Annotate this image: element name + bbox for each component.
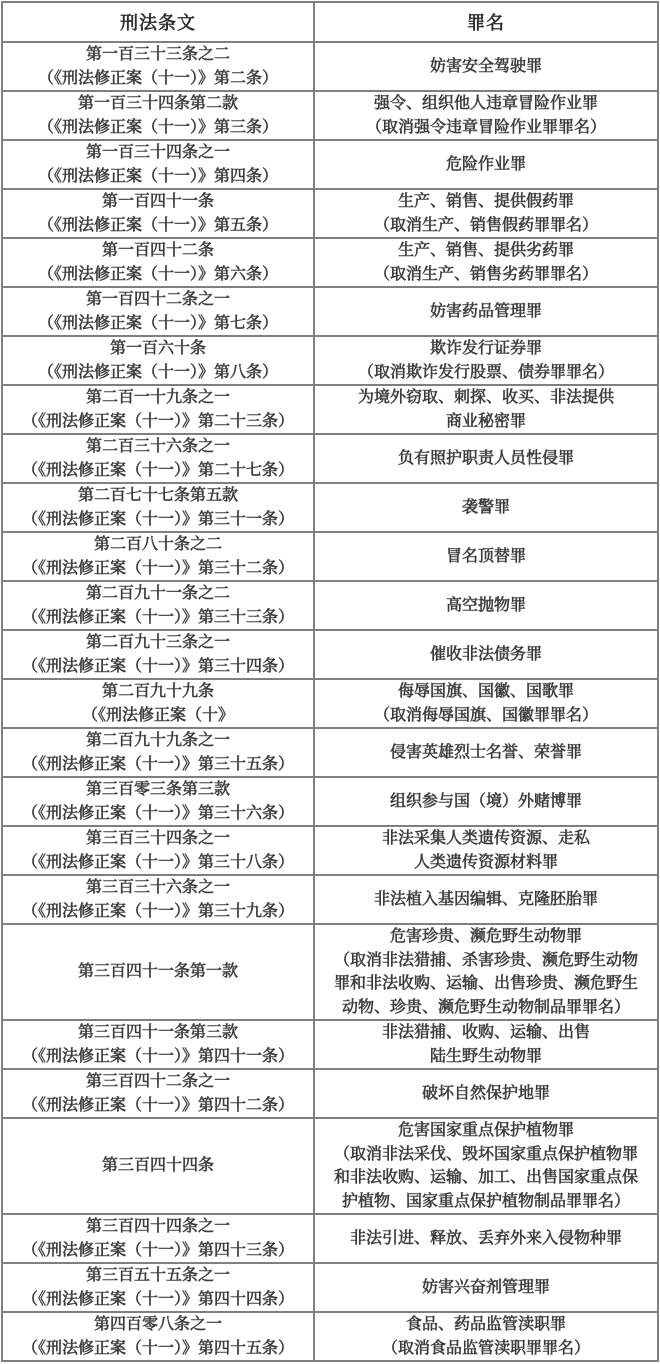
- article-cell: 第一百六十条（《刑法修正案（十一）》第八条）: [2, 336, 314, 385]
- crime-cell: 强令、组织他人违章冒险作业罪（取消强令违章冒险作业罪罪名）: [314, 91, 658, 140]
- crime-cell: 侮辱国旗、国徽、国歌罪（取消侮辱国旗、国徽罪罪名）: [314, 679, 658, 728]
- cell-text-line: 第三百四十二条之一: [3, 1070, 313, 1094]
- cell-text-line: （《刑法修正案（十一）》第四十四条）: [3, 1288, 313, 1312]
- crime-cell: 非法猎捕、收购、运输、出售陆生野生动物罪: [314, 1020, 658, 1069]
- cell-text-line: （取消强令违章冒险作业罪罪名）: [315, 116, 657, 140]
- article-cell: 第二百九十九条（《刑法修正案（十》: [2, 679, 314, 728]
- cell-text-line: 第二百一十九条之一: [3, 386, 313, 410]
- cell-text-line: （《刑法修正案（十一）》第三十六条）: [3, 802, 313, 826]
- criminal-law-amendment-table: 刑法条文 罪名 第一百三十三条之二（《刑法修正案（十一）》第二条）妨害安全驾驶罪…: [1, 1, 659, 1362]
- cell-text-line: 高空抛物罪: [315, 594, 657, 618]
- cell-text-line: 商业秘密罪: [315, 410, 657, 434]
- table-row: 第三百四十二条之一（《刑法修正案（十一）》第四十二条）破坏自然保护地罪: [2, 1069, 658, 1118]
- article-cell: 第三百四十四条: [2, 1118, 314, 1214]
- article-cell: 第一百四十二条之一（《刑法修正案（十一）》第七条）: [2, 287, 314, 336]
- cell-text-line: （取消非法采伐、毁坏国家重点保护植物罪: [315, 1143, 657, 1167]
- cell-text-line: （《刑法修正案（十一）》第三十一条）: [3, 508, 313, 532]
- cell-text-line: （《刑法修正案（十一）》第四十五条）: [3, 1337, 313, 1361]
- table-row: 第二百九十九条之一（《刑法修正案（十一）》第三十五条）侵害英雄烈士名誉、荣誉罪: [2, 728, 658, 777]
- cell-text-line: （《刑法修正案（十一）》第三十九条）: [3, 900, 313, 924]
- cell-text-line: 第三百四十一条第三款: [3, 1021, 313, 1045]
- cell-text-line: 罪和非法收购、运输、出售珍贵、濒危野生: [315, 972, 657, 996]
- cell-text-line: 第三百五十五条之一: [3, 1264, 313, 1288]
- crime-cell: 妨害药品管理罪: [314, 287, 658, 336]
- crime-cell: 破坏自然保护地罪: [314, 1069, 658, 1118]
- cell-text-line: 生产、销售、提供劣药罪: [315, 239, 657, 263]
- crime-cell: 危害国家重点保护植物罪（取消非法采伐、毁坏国家重点保护植物罪和非法收购、运输、加…: [314, 1118, 658, 1214]
- document-page: 刑法条文 罪名 第一百三十三条之二（《刑法修正案（十一）》第二条）妨害安全驾驶罪…: [0, 0, 660, 1364]
- article-cell: 第三百四十一条第三款（《刑法修正案（十一）》第四十一条）: [2, 1020, 314, 1069]
- article-cell: 第一百四十一条（《刑法修正案（十一）》第五条）: [2, 189, 314, 238]
- table-row: 第二百九十三条之一（《刑法修正案（十一）》第三十四条）催收非法债务罪: [2, 630, 658, 679]
- cell-text-line: （《刑法修正案（十一）》第四条）: [3, 165, 313, 189]
- crime-cell: 组织参与国（境）外赌博罪: [314, 777, 658, 826]
- article-cell: 第三百四十二条之一（《刑法修正案（十一）》第四十二条）: [2, 1069, 314, 1118]
- cell-text-line: （《刑法修正案（十一）》第五条）: [3, 214, 313, 238]
- cell-text-line: 侵害英雄烈士名誉、荣誉罪: [315, 741, 657, 765]
- article-cell: 第三百四十一条第一款: [2, 924, 314, 1020]
- cell-text-line: 人类遗传资源材料罪: [315, 851, 657, 875]
- table-row: 第一百三十四条第二款（《刑法修正案（十一）》第三条）强令、组织他人违章冒险作业罪…: [2, 91, 658, 140]
- table-row: 第四百零八条之一（《刑法修正案（十一）》第四十五条）食品、药品监管渎职罪（取消食…: [2, 1312, 658, 1361]
- crime-cell: 负有照护职责人员性侵罪: [314, 434, 658, 483]
- article-cell: 第三百三十四条之一（《刑法修正案（十一）》第三十八条）: [2, 826, 314, 875]
- article-cell: 第二百八十条之二（《刑法修正案（十一）》第三十二条）: [2, 532, 314, 581]
- crime-cell: 非法采集人类遗传资源、走私人类遗传资源材料罪: [314, 826, 658, 875]
- cell-text-line: （《刑法修正案（十一）》第三十八条）: [3, 851, 313, 875]
- cell-text-line: 袭警罪: [315, 496, 657, 520]
- cell-text-line: 妨害兴奋剂管理罪: [315, 1276, 657, 1300]
- cell-text-line: 第四百零八条之一: [3, 1313, 313, 1337]
- crime-cell: 非法引进、释放、丢弃外来入侵物种罪: [314, 1214, 658, 1263]
- article-cell: 第二百三十六条之一（《刑法修正案（十一）》第二十七条）: [2, 434, 314, 483]
- cell-text-line: （《刑法修正案（十一）》第三条）: [3, 116, 313, 140]
- header-row: 刑法条文 罪名: [2, 2, 658, 42]
- article-cell: 第二百七十七条第五款（《刑法修正案（十一）》第三十一条）: [2, 483, 314, 532]
- crime-cell: 妨害兴奋剂管理罪: [314, 1263, 658, 1312]
- crime-cell: 食品、药品监管渎职罪（取消食品监管渎职罪罪名）: [314, 1312, 658, 1361]
- cell-text-line: 第一百三十四条之一: [3, 141, 313, 165]
- crime-cell: 侵害英雄烈士名誉、荣誉罪: [314, 728, 658, 777]
- cell-text-line: 非法植入基因编辑、克隆胚胎罪: [315, 888, 657, 912]
- cell-text-line: 第一百四十二条: [3, 239, 313, 263]
- cell-text-line: 冒名顶替罪: [315, 545, 657, 569]
- cell-text-line: 危害国家重点保护植物罪: [315, 1119, 657, 1143]
- cell-text-line: 第一百三十三条之二: [3, 43, 313, 67]
- cell-text-line: 妨害安全驾驶罪: [315, 55, 657, 79]
- cell-text-line: 第三百零三条第三款: [3, 778, 313, 802]
- table-row: 第一百三十四条之一（《刑法修正案（十一）》第四条）危险作业罪: [2, 140, 658, 189]
- cell-text-line: （《刑法修正案（十一）》第七条）: [3, 312, 313, 336]
- cell-text-line: 生产、销售、提供假药罪: [315, 190, 657, 214]
- table-row: 第三百四十四条危害国家重点保护植物罪（取消非法采伐、毁坏国家重点保护植物罪和非法…: [2, 1118, 658, 1214]
- article-cell: 第三百五十五条之一（《刑法修正案（十一）》第四十四条）: [2, 1263, 314, 1312]
- cell-text-line: （《刑法修正案（十一）》第四十一条）: [3, 1045, 313, 1069]
- cell-text-line: 陆生野生动物罪: [315, 1045, 657, 1069]
- article-cell: 第二百一十九条之一（《刑法修正案（十一）》第二十三条）: [2, 385, 314, 434]
- cell-text-line: 第二百九十三条之一: [3, 631, 313, 655]
- cell-text-line: （《刑法修正案（十》: [3, 704, 313, 728]
- article-cell: 第一百三十三条之二（《刑法修正案（十一）》第二条）: [2, 42, 314, 91]
- crime-cell: 非法植入基因编辑、克隆胚胎罪: [314, 875, 658, 924]
- table-row: 第二百三十六条之一（《刑法修正案（十一）》第二十七条）负有照护职责人员性侵罪: [2, 434, 658, 483]
- cell-text-line: 催收非法债务罪: [315, 643, 657, 667]
- column-header-article: 刑法条文: [2, 2, 314, 42]
- article-cell: 第四百零八条之一（《刑法修正案（十一）》第四十五条）: [2, 1312, 314, 1361]
- cell-text-line: 第二百九十一条之二: [3, 582, 313, 606]
- cell-text-line: 组织参与国（境）外赌博罪: [315, 790, 657, 814]
- article-cell: 第一百四十二条（《刑法修正案（十一）》第六条）: [2, 238, 314, 287]
- table-row: 第三百零三条第三款（《刑法修正案（十一）》第三十六条）组织参与国（境）外赌博罪: [2, 777, 658, 826]
- crime-cell: 生产、销售、提供假药罪（取消生产、销售假药罪罪名）: [314, 189, 658, 238]
- article-cell: 第一百三十四条之一（《刑法修正案（十一）》第四条）: [2, 140, 314, 189]
- crime-cell: 袭警罪: [314, 483, 658, 532]
- cell-text-line: 侮辱国旗、国徽、国歌罪: [315, 680, 657, 704]
- cell-text-line: （取消生产、销售假药罪罪名）: [315, 214, 657, 238]
- cell-text-line: （《刑法修正案（十一）》第六条）: [3, 263, 313, 287]
- cell-text-line: （《刑法修正案（十一）》第二十七条）: [3, 459, 313, 483]
- cell-text-line: 第二百九十九条之一: [3, 729, 313, 753]
- table-row: 第三百三十四条之一（《刑法修正案（十一）》第三十八条）非法采集人类遗传资源、走私…: [2, 826, 658, 875]
- cell-text-line: （取消生产、销售劣药罪罪名）: [315, 263, 657, 287]
- cell-text-line: 第一百六十条: [3, 337, 313, 361]
- crime-cell: 欺诈发行证券罪（取消欺诈发行股票、债券罪罪名）: [314, 336, 658, 385]
- cell-text-line: 危害珍贵、濒危野生动物罪: [315, 925, 657, 949]
- cell-text-line: （《刑法修正案（十一）》第三十四条）: [3, 655, 313, 679]
- table-row: 第一百六十条（《刑法修正案（十一）》第八条）欺诈发行证券罪（取消欺诈发行股票、债…: [2, 336, 658, 385]
- article-cell: 第三百零三条第三款（《刑法修正案（十一）》第三十六条）: [2, 777, 314, 826]
- cell-text-line: 第三百三十四条之一: [3, 827, 313, 851]
- cell-text-line: 第三百四十一条第一款: [3, 960, 313, 984]
- cell-text-line: （《刑法修正案（十一）》第三十二条）: [3, 557, 313, 581]
- cell-text-line: 欺诈发行证券罪: [315, 337, 657, 361]
- cell-text-line: 妨害药品管理罪: [315, 300, 657, 324]
- crime-cell: 催收非法债务罪: [314, 630, 658, 679]
- table-row: 第一百四十二条（《刑法修正案（十一）》第六条）生产、销售、提供劣药罪（取消生产、…: [2, 238, 658, 287]
- cell-text-line: 危险作业罪: [315, 153, 657, 177]
- cell-text-line: 强令、组织他人违章冒险作业罪: [315, 92, 657, 116]
- table-row: 第一百三十三条之二（《刑法修正案（十一）》第二条）妨害安全驾驶罪: [2, 42, 658, 91]
- cell-text-line: （《刑法修正案（十一）》第八条）: [3, 361, 313, 385]
- cell-text-line: （《刑法修正案（十一）》第三十五条）: [3, 753, 313, 777]
- table-row: 第三百四十一条第三款（《刑法修正案（十一）》第四十一条）非法猎捕、收购、运输、出…: [2, 1020, 658, 1069]
- crime-cell: 危险作业罪: [314, 140, 658, 189]
- cell-text-line: 动物、珍贵、濒危野生动物制品罪罪名）: [315, 996, 657, 1020]
- cell-text-line: 和非法收购、运输、加工、出售国家重点保: [315, 1166, 657, 1190]
- cell-text-line: 第三百四十四条之一: [3, 1215, 313, 1239]
- column-header-crime: 罪名: [314, 2, 658, 42]
- cell-text-line: 第三百四十四条: [3, 1154, 313, 1178]
- table-row: 第二百九十一条之二（《刑法修正案（十一）》第三十三条）高空抛物罪: [2, 581, 658, 630]
- crime-cell: 高空抛物罪: [314, 581, 658, 630]
- crime-cell: 妨害安全驾驶罪: [314, 42, 658, 91]
- article-cell: 第一百三十四条第二款（《刑法修正案（十一）》第三条）: [2, 91, 314, 140]
- cell-text-line: 非法引进、释放、丢弃外来入侵物种罪: [315, 1227, 657, 1251]
- table-body: 第一百三十三条之二（《刑法修正案（十一）》第二条）妨害安全驾驶罪第一百三十四条第…: [2, 42, 658, 1361]
- table-row: 第二百七十七条第五款（《刑法修正案（十一）》第三十一条）袭警罪: [2, 483, 658, 532]
- article-cell: 第二百九十九条之一（《刑法修正案（十一）》第三十五条）: [2, 728, 314, 777]
- cell-text-line: 负有照护职责人员性侵罪: [315, 447, 657, 471]
- cell-text-line: 破坏自然保护地罪: [315, 1082, 657, 1106]
- cell-text-line: （取消食品监管渎职罪罪名）: [315, 1337, 657, 1361]
- cell-text-line: （取消非法猎捕、杀害珍贵、濒危野生动物: [315, 949, 657, 973]
- cell-text-line: （《刑法修正案（十一）》第二十三条）: [3, 410, 313, 434]
- cell-text-line: 第一百四十二条之一: [3, 288, 313, 312]
- cell-text-line: 第三百三十六条之一: [3, 876, 313, 900]
- article-cell: 第三百四十四条之一（《刑法修正案（十一）》第四十三条）: [2, 1214, 314, 1263]
- table-row: 第一百四十一条（《刑法修正案（十一）》第五条）生产、销售、提供假药罪（取消生产、…: [2, 189, 658, 238]
- crime-cell: 冒名顶替罪: [314, 532, 658, 581]
- cell-text-line: 第二百九十九条: [3, 680, 313, 704]
- table-row: 第三百四十四条之一（《刑法修正案（十一）》第四十三条）非法引进、释放、丢弃外来入…: [2, 1214, 658, 1263]
- cell-text-line: 第一百三十四条第二款: [3, 92, 313, 116]
- cell-text-line: （《刑法修正案（十一）》第四十三条）: [3, 1239, 313, 1263]
- cell-text-line: 为境外窃取、刺探、收买、非法提供: [315, 386, 657, 410]
- article-cell: 第二百九十三条之一（《刑法修正案（十一）》第三十四条）: [2, 630, 314, 679]
- table-row: 第二百一十九条之一（《刑法修正案（十一）》第二十三条）为境外窃取、刺探、收买、非…: [2, 385, 658, 434]
- cell-text-line: 第二百八十条之二: [3, 533, 313, 557]
- crime-cell: 生产、销售、提供劣药罪（取消生产、销售劣药罪罪名）: [314, 238, 658, 287]
- table-row: 第一百四十二条之一（《刑法修正案（十一）》第七条）妨害药品管理罪: [2, 287, 658, 336]
- cell-text-line: 第二百七十七条第五款: [3, 484, 313, 508]
- cell-text-line: （取消侮辱国旗、国徽罪罪名）: [315, 704, 657, 728]
- table-row: 第三百四十一条第一款危害珍贵、濒危野生动物罪（取消非法猎捕、杀害珍贵、濒危野生动…: [2, 924, 658, 1020]
- table-row: 第三百三十六条之一（《刑法修正案（十一）》第三十九条）非法植入基因编辑、克隆胚胎…: [2, 875, 658, 924]
- table-row: 第二百九十九条（《刑法修正案（十》侮辱国旗、国徽、国歌罪（取消侮辱国旗、国徽罪罪…: [2, 679, 658, 728]
- article-cell: 第三百三十六条之一（《刑法修正案（十一）》第三十九条）: [2, 875, 314, 924]
- cell-text-line: 食品、药品监管渎职罪: [315, 1313, 657, 1337]
- table-row: 第三百五十五条之一（《刑法修正案（十一）》第四十四条）妨害兴奋剂管理罪: [2, 1263, 658, 1312]
- table-header: 刑法条文 罪名: [2, 2, 658, 42]
- cell-text-line: 第一百四十一条: [3, 190, 313, 214]
- cell-text-line: （《刑法修正案（十一）》第三十三条）: [3, 606, 313, 630]
- table-row: 第二百八十条之二（《刑法修正案（十一）》第三十二条）冒名顶替罪: [2, 532, 658, 581]
- article-cell: 第二百九十一条之二（《刑法修正案（十一）》第三十三条）: [2, 581, 314, 630]
- crime-cell: 为境外窃取、刺探、收买、非法提供商业秘密罪: [314, 385, 658, 434]
- cell-text-line: （《刑法修正案（十一）》第四十二条）: [3, 1094, 313, 1118]
- crime-cell: 危害珍贵、濒危野生动物罪（取消非法猎捕、杀害珍贵、濒危野生动物罪和非法收购、运输…: [314, 924, 658, 1020]
- cell-text-line: 第二百三十六条之一: [3, 435, 313, 459]
- cell-text-line: 非法猎捕、收购、运输、出售: [315, 1021, 657, 1045]
- cell-text-line: 护植物、国家重点保护植物制品罪罪名）: [315, 1190, 657, 1214]
- cell-text-line: 非法采集人类遗传资源、走私: [315, 827, 657, 851]
- cell-text-line: （取消欺诈发行股票、债券罪罪名）: [315, 361, 657, 385]
- cell-text-line: （《刑法修正案（十一）》第二条）: [3, 67, 313, 91]
